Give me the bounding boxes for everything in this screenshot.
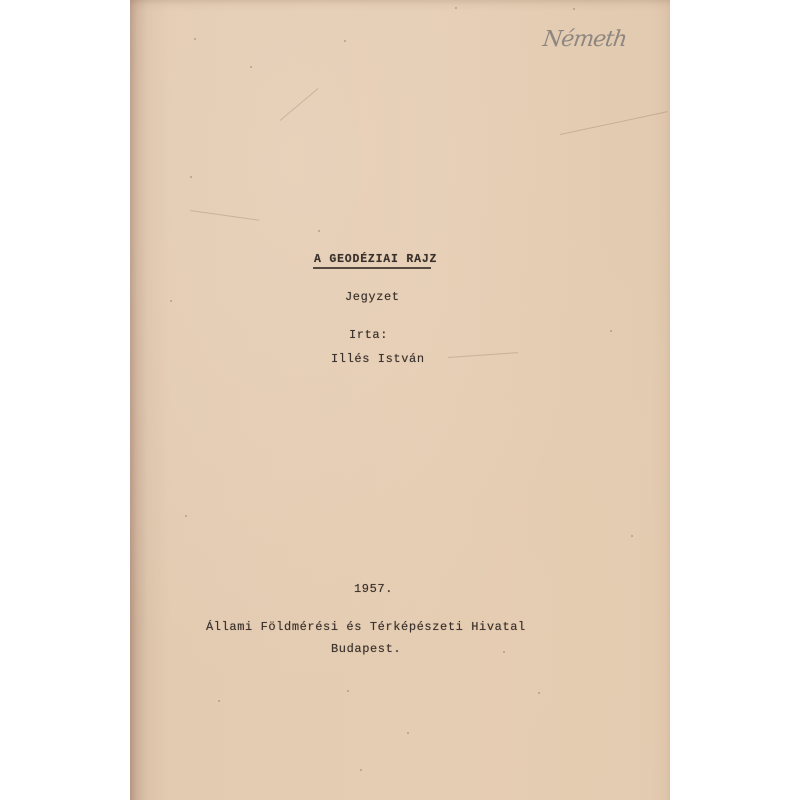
paper-crease <box>280 88 319 121</box>
paper-speck <box>185 515 187 517</box>
paper-speck <box>250 66 252 68</box>
paper-speck <box>318 230 320 232</box>
paper-crease <box>448 352 518 358</box>
written-by-label: Irta: <box>349 328 388 342</box>
publication-city: Budapest. <box>331 642 401 656</box>
document-title: A GEODÉZIAI RAJZ <box>314 253 437 266</box>
paper-speck <box>610 330 612 332</box>
paper-speck <box>190 176 192 178</box>
paper-speck <box>170 300 172 302</box>
publication-year: 1957. <box>354 582 393 596</box>
paper-speck <box>573 8 575 10</box>
paper-speck <box>538 692 540 694</box>
title-underline <box>313 267 431 269</box>
paper-crease <box>560 111 668 135</box>
paper-speck <box>407 732 409 734</box>
paper-speck <box>360 769 362 771</box>
publisher-name: Állami Földmérési és Térképészeti Hivata… <box>206 620 526 634</box>
handwritten-note: Németh <box>541 27 628 52</box>
paper-crease <box>190 210 259 221</box>
paper-speck <box>631 535 633 537</box>
paper-speck <box>455 7 457 9</box>
document-page <box>130 0 670 800</box>
paper-speck <box>218 700 220 702</box>
paper-speck <box>347 690 349 692</box>
paper-speck <box>344 40 346 42</box>
document-subtitle: Jegyzet <box>345 290 400 304</box>
paper-speck <box>503 651 505 653</box>
paper-speck <box>194 38 196 40</box>
author-name: Illés István <box>331 352 425 366</box>
